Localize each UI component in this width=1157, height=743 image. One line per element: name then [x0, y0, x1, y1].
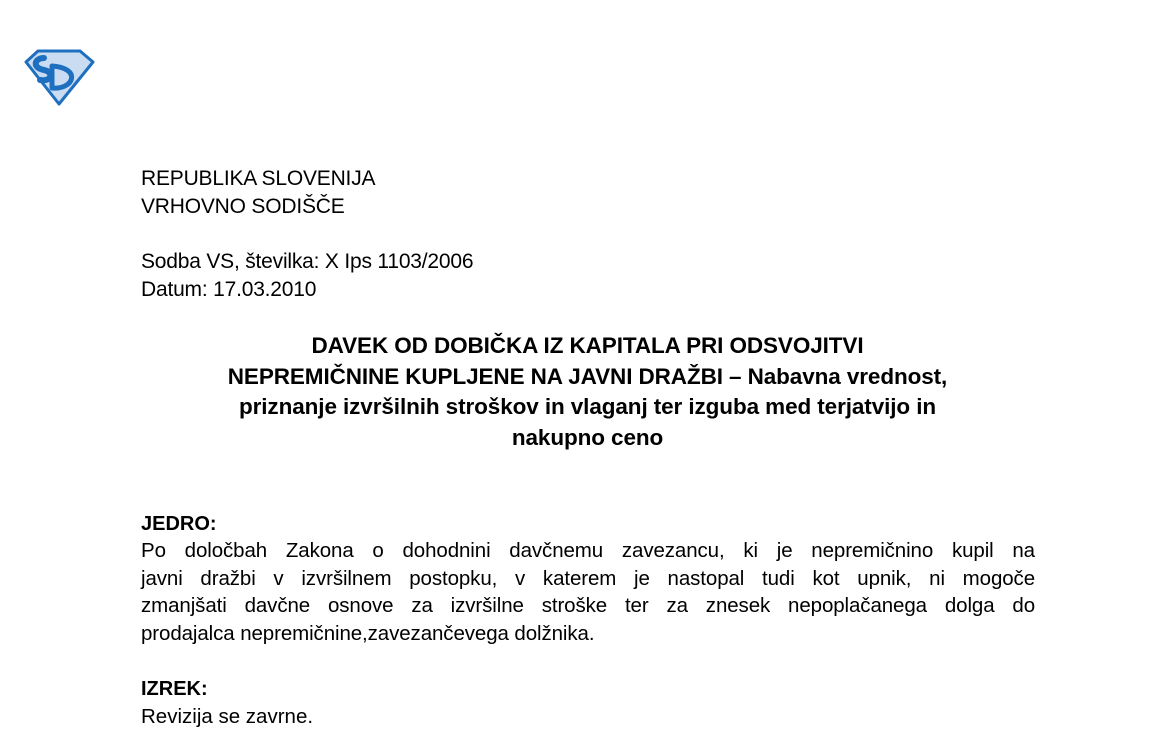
izrek-heading: IZREK:	[141, 676, 208, 703]
jedro-line: prodajalca nepremičnine,zavezančevega do…	[141, 620, 1035, 648]
case-date: Datum: 17.03.2010	[141, 276, 473, 304]
jedro-line: zmanjšati davčne osnove za izvršilne str…	[141, 592, 1035, 620]
izrek-text: Revizija se zavrne.	[141, 703, 313, 730]
title-line: nakupno ceno	[140, 423, 1035, 454]
title-line: priznanje izvršilnih stroškov in vlaganj…	[140, 392, 1035, 423]
jedro-line: javni dražbi v izvršilnem postopku, v ka…	[141, 565, 1035, 593]
court-name: VRHOVNO SODIŠČE	[141, 193, 375, 221]
country-name: REPUBLIKA SLOVENIJA	[141, 165, 375, 193]
title-line: DAVEK OD DOBIČKA IZ KAPITALA PRI ODSVOJI…	[140, 331, 1035, 362]
case-reference: Sodba VS, številka: X Ips 1103/2006 Datu…	[141, 248, 473, 304]
case-number: Sodba VS, številka: X Ips 1103/2006	[141, 248, 473, 276]
jedro-heading: JEDRO:	[141, 511, 217, 538]
jedro-paragraph: Po določbah Zakona o dohodnini davčnemu …	[141, 537, 1035, 647]
document-title: DAVEK OD DOBIČKA IZ KAPITALA PRI ODSVOJI…	[140, 331, 1035, 453]
court-logo-icon	[22, 48, 96, 106]
title-line: NEPREMIČNINE KUPLJENE NA JAVNI DRAŽBI – …	[140, 362, 1035, 393]
document-header: REPUBLIKA SLOVENIJA VRHOVNO SODIŠČE	[141, 165, 375, 221]
jedro-line: Po določbah Zakona o dohodnini davčnemu …	[141, 537, 1035, 565]
